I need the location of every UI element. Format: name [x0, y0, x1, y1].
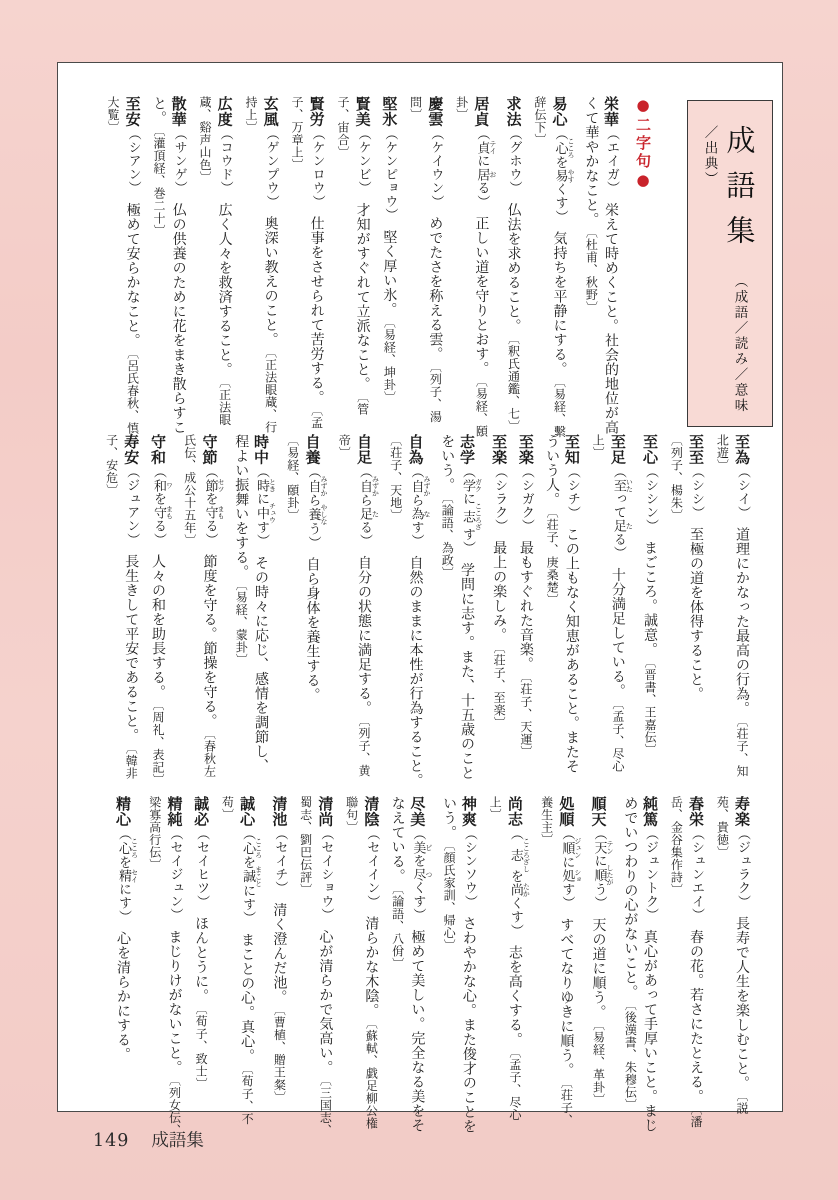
- idiom-meaning: めでたさを称える雲。: [427, 202, 443, 355]
- idiom-entry: 求法グホウ仏法を求めること。〔釈氏通鑑、七〕: [503, 96, 524, 438]
- idiom-reading: 学ガクに志こころざす: [460, 465, 475, 548]
- idiom-entry: 散華サンゲ仏の供養のために花をまき散らすこと。〔灌頂経、巻二十〕: [149, 96, 189, 438]
- idiom-reading: 節セツを守まもる: [202, 465, 217, 540]
- idiom-headword: 精純: [165, 796, 183, 827]
- idiom-reading: セイチ: [272, 827, 287, 888]
- idiom-meaning: 清く澄んだ池。: [271, 888, 287, 997]
- idiom-source: 〔杜甫、秋野〕: [584, 220, 598, 314]
- idiom-headword: 誠心: [238, 796, 256, 827]
- idiom-meaning: 人々の和を助長する。: [150, 540, 166, 693]
- idiom-headword: 寿安: [122, 434, 140, 465]
- idiom-meaning: まことの心。真心。: [239, 918, 255, 1056]
- idiom-entry: 志学学ガクに志こころざす学問に志す。また、十五歳のことをいう。〔論語、為政〕: [437, 434, 483, 786]
- idiom-source: 〔荘子、天運〕: [519, 664, 533, 758]
- idiom-headword: 居貞: [472, 96, 490, 127]
- idiom-headword: 守和: [149, 434, 167, 465]
- idiom-reading: シイ: [735, 465, 750, 513]
- idiom-meaning: まごころ。誠意。: [642, 526, 658, 650]
- idiom-headword: 至知: [563, 434, 581, 465]
- idiom-entry: 誠心心こころを誠まことにすまことの心。真心。〔荀子、不苟〕: [217, 796, 263, 1138]
- idiom-headword: 寿楽: [733, 796, 751, 827]
- idiom-reading: シラク: [492, 465, 507, 526]
- idiom-entry: 精心心こころを精セイにす心を清らかにする。: [112, 796, 138, 1138]
- idiom-meaning: まじりけがないこと。: [166, 915, 182, 1068]
- idiom-meaning: 堅く厚い氷。: [381, 215, 397, 310]
- idiom-source: 〔周礼、表記〕: [151, 692, 165, 786]
- idiom-headword: 時中: [252, 434, 270, 465]
- idiom-entry: 精純セイジュンまじりけがないこと。〔列女伝、梁寡高行伝〕: [144, 796, 184, 1138]
- idiom-meaning: 心が清らかで気高い。: [317, 915, 333, 1068]
- idiom-headword: 自養: [303, 434, 321, 465]
- idiom-entry: 寿楽ジュラク長寿で人生を楽しむこと。〔説苑、貴徳〕: [712, 796, 752, 1138]
- idiom-reading: 志こころざしを尚たかくす: [508, 827, 523, 931]
- idiom-reading: シシ: [689, 465, 704, 513]
- page-title: 成語集: [723, 125, 757, 260]
- idiom-reading: 自みずから足たる: [357, 465, 372, 541]
- idiom-meaning: 最上の楽しみ。: [491, 526, 507, 635]
- idiom-reading: 自みずから養やしなう: [305, 465, 320, 543]
- idiom-entry: 寿安ジュアン長生きして平安であること。〔韓非子、安危〕: [101, 434, 141, 786]
- idiom-reading: セイヒツ: [194, 827, 209, 902]
- idiom-reading: 心こころを精セイにす: [116, 827, 131, 917]
- idiom-headword: 賢美: [354, 96, 372, 127]
- idiom-meaning: 才知がすぐれて立派なこと。: [355, 188, 371, 384]
- idiom-meaning: 志を高くする。: [507, 931, 523, 1040]
- idiom-source: 〔後漢書、朱穆伝〕: [623, 992, 637, 1111]
- idiom-entry: 至至シシ至極の道を体得すること。〔列子、楊朱〕: [666, 434, 706, 786]
- idiom-entry: 至知シチこの上もなく知恵があること。またそういう人。〔荘子、庚桑楚〕: [542, 434, 582, 786]
- idiom-entry: 尚志志こころざしを尚たかくす志を高くする。〔孟子、尽心上〕: [485, 796, 531, 1138]
- idiom-headword: 至楽: [517, 434, 535, 465]
- idiom-reading: 至いたって足たる: [611, 465, 626, 553]
- idiom-headword: 自為: [406, 434, 424, 465]
- idiom-headword: 堅氷: [380, 96, 398, 127]
- idiom-reading: 自みずから為なす: [408, 465, 423, 541]
- idiom-meaning: 春の花。若さにたとえる。: [688, 915, 704, 1097]
- page-footer: 149成語集: [93, 1127, 204, 1152]
- idiom-meaning: 清らかな木陰。: [363, 902, 379, 1011]
- idiom-meaning: 広く人々を救済すること。: [217, 188, 233, 370]
- idiom-entry: 誠必セイヒツほんとうに。〔荀子、致士〕: [190, 796, 211, 1138]
- idiom-meaning: 奥深い教えのこと。: [263, 202, 279, 340]
- idiom-entry: 清尚セイショウ心が清らかで気高い。〔三国志、蜀志、劉巴伝評〕: [295, 796, 335, 1138]
- idiom-headword: 純篤: [641, 796, 659, 827]
- idiom-reading: 天テンに順したがう: [592, 827, 607, 903]
- idiom-entry: 慶雲ケイウンめでたさを称える雲。〔列子、湯問〕: [405, 96, 445, 438]
- idiom-entry: 賢労ケンロウ仕事をさせられて苦労する。〔孟子、万章上〕: [287, 96, 327, 438]
- idiom-source: 〔灌頂経、巻二十〕: [152, 118, 166, 237]
- idiom-source: 〔釈氏通鑑、七〕: [507, 326, 521, 433]
- idiom-source: 〔顔氏家訓、帰心〕: [442, 833, 456, 952]
- idiom-entry: 至足至いたって足たる十分満足している。〔孟子、尽心上〕: [588, 434, 634, 786]
- idiom-source: 〔論語、八佾〕: [391, 876, 405, 970]
- idiom-meaning: 仏法を求めること。: [506, 188, 522, 326]
- idiom-meaning: 至極の道を体得すること。: [688, 513, 704, 695]
- idiom-reading: セイイン: [364, 827, 379, 902]
- idiom-meaning: 最もすぐれた音楽。: [518, 526, 534, 664]
- idiom-reading: ジュアン: [124, 465, 139, 540]
- idiom-entry: 尽美美ビを尽つくす極めて美しい。完全なる美をそなえている。〔論語、八佾〕: [387, 796, 433, 1138]
- idiom-headword: 順天: [590, 796, 608, 827]
- idiom-headword: 至心: [641, 434, 659, 465]
- idiom-headword: 至楽: [490, 434, 508, 465]
- idiom-entry: 自養自みずから養やしなう自ら身体を養生する。〔易経、頤卦〕: [282, 434, 328, 786]
- idiom-reading: 心こころを誠まことにす: [240, 827, 255, 918]
- idiom-entry: 春栄シュンエイ春の花。若さにたとえる。〔潘岳、金谷集作詩〕: [666, 796, 706, 1138]
- idiom-reading: シチ: [565, 465, 580, 513]
- idiom-reading: ケンピョウ: [382, 127, 397, 215]
- idiom-section-top: ●二字句● 栄華エイガ栄えて時めくこと。社会的地位が高くて華やかなこと。〔杜甫、…: [86, 96, 654, 438]
- idiom-entry: 純篤ジュントク真心があって手厚いこと。まじめでいつわりの心がないこと。〔後漢書、…: [620, 796, 660, 1138]
- idiom-meaning: すべてなりゆきに順う。: [558, 903, 574, 1070]
- idiom-entry: 処順順ジュンに処ショすすべてなりゆきに順う。〔荘子、養生主〕: [536, 796, 582, 1138]
- idiom-source: 〔荘子、至楽〕: [492, 635, 506, 729]
- idiom-meaning: 心を清らかにする。: [115, 917, 131, 1062]
- idiom-headword: 至安: [124, 96, 142, 127]
- idiom-reading: セイジュン: [167, 827, 182, 915]
- idiom-meaning: 十分満足している。: [610, 553, 626, 691]
- idiom-meaning: 道理にかなった最高の行為。: [734, 513, 750, 709]
- idiom-source: 〔荀子、致士〕: [194, 996, 208, 1090]
- idiom-headword: 誠必: [192, 796, 210, 827]
- idiom-reading: 貞テイに居おる: [474, 127, 489, 202]
- idiom-entry: 広度コウド広く人々を救済すること。〔正法眼蔵、谿声山色〕: [195, 96, 235, 438]
- idiom-reading: セイショウ: [318, 827, 333, 915]
- idiom-entry: 守節節セツを守まもる節度を守る。節操を守る。〔春秋左氏伝、成公十五年〕: [179, 434, 225, 786]
- idiom-headword: 至至: [687, 434, 705, 465]
- idiom-source: 〔易経、革卦〕: [592, 1012, 606, 1106]
- idiom-meaning: 節度を守る。節操を守る。: [201, 540, 217, 722]
- idiom-reading: ゲンプウ: [264, 127, 279, 202]
- idiom-reading: グホウ: [507, 127, 522, 188]
- idiom-reading: ケンビ: [356, 127, 371, 188]
- idiom-reading: 順ジュンに処ショす: [559, 827, 574, 903]
- idiom-headword: 至為: [733, 434, 751, 465]
- idiom-headword: 清池: [270, 796, 288, 827]
- idiom-source: 〔荘子、庚桑楚〕: [545, 500, 559, 607]
- idiom-reading: エイガ: [604, 127, 619, 188]
- idiom-entry: 守和和ワを守まもる人々の和を助長する。〔周礼、表記〕: [147, 434, 173, 786]
- page-frame: 成語集（成語／読み／意味／出典） ●二字句● 栄華エイガ栄えて時めくこと。社会的…: [57, 62, 783, 1112]
- idiom-reading: シガク: [519, 465, 534, 526]
- idiom-entry: 易心心こころを易やすくす気持ちを平静にする。〔易経、繫辞伝下〕: [530, 96, 576, 438]
- idiom-reading: 時ときに中チュウす: [254, 465, 269, 541]
- idiom-entry: 清陰セイイン清らかな木陰。〔蘇軾、戯足柳公権聯句〕: [341, 796, 381, 1138]
- idiom-reading: サンゲ: [172, 127, 187, 188]
- idiom-meaning: 自分の状態に満足する。: [356, 541, 372, 708]
- idiom-entry: 賢美ケンビ才知がすぐれて立派なこと。〔管子、宙合〕: [333, 96, 373, 438]
- idiom-headword: 春栄: [687, 796, 705, 827]
- idiom-reading: 美ビを尽つくす: [410, 827, 425, 915]
- idiom-headword: 自足: [355, 434, 373, 465]
- idiom-headword: 志学: [458, 434, 476, 465]
- idiom-reading: シシン: [643, 465, 658, 526]
- idiom-reading: シュンエイ: [689, 827, 704, 915]
- idiom-reading: シアン: [126, 127, 141, 188]
- section-marker-niji-ku: ●二字句●: [633, 96, 654, 438]
- idiom-headword: 玄風: [262, 96, 280, 127]
- dictionary-page: { "title_box": { "title": "成語集", "subtit…: [0, 0, 838, 1200]
- idiom-headword: 易心: [551, 96, 569, 127]
- idiom-entry: 至楽シラク最上の楽しみ。〔荘子、至楽〕: [488, 434, 509, 786]
- idiom-headword: 至足: [609, 434, 627, 465]
- idiom-meaning: 自然のままに本性が行為すること。: [407, 541, 423, 781]
- idiom-reading: 和ワを守まもる: [151, 465, 166, 540]
- idiom-reading: シンソウ: [462, 827, 477, 902]
- idiom-headword: 散華: [170, 96, 188, 127]
- idiom-entry: 自為自みずから為なす自然のままに本性が行為すること。〔荘子、天地〕: [385, 434, 431, 786]
- idiom-entry: 至為シイ道理にかなった最高の行為。〔荘子、知北遊〕: [712, 434, 752, 786]
- idiom-meaning: 極めて安らかなこと。: [125, 188, 141, 341]
- idiom-reading: ジュントク: [643, 827, 658, 915]
- idiom-source: 〔易経、坤卦〕: [382, 310, 396, 404]
- idiom-entry: 神爽シンソウさわやかな心。また俊才のことをいう。〔顔氏家訓、帰心〕: [439, 796, 479, 1138]
- idiom-meaning: 気持ちを平静にする。: [552, 217, 568, 370]
- idiom-source: 〔曹植、贈王粲〕: [272, 997, 286, 1104]
- idiom-entry: 至安シアン極めて安らかなこと。〔呂氏春秋、慎大覧〕: [103, 96, 143, 438]
- idiom-headword: 栄華: [602, 96, 620, 127]
- idiom-reading: コウド: [218, 127, 233, 188]
- idiom-entry: 至心シシンまごころ。誠意。〔晋書、王嘉伝〕: [639, 434, 660, 786]
- idiom-headword: 求法: [505, 96, 523, 127]
- idiom-source: 〔論語、為政〕: [440, 485, 454, 579]
- idiom-headword: 尚志: [506, 796, 524, 827]
- idiom-meaning: ほんとうに。: [193, 902, 209, 997]
- page-number: 149: [93, 1131, 129, 1151]
- idiom-entry: 玄風ゲンプウ奥深い教えのこと。〔正法眼蔵、行持上〕: [241, 96, 281, 438]
- idiom-meaning: 天の道に順う。: [591, 903, 607, 1012]
- idiom-meaning: 自ら身体を養生する。: [304, 543, 320, 696]
- idiom-headword: 慶雲: [426, 96, 444, 127]
- idiom-entry: 至楽シガク最もすぐれた音楽。〔荘子、天運〕: [515, 434, 536, 786]
- idiom-headword: 広度: [216, 96, 234, 127]
- idiom-entry: 清池セイチ清く澄んだ池。〔曹植、贈王粲〕: [269, 796, 290, 1138]
- footer-title: 成語集: [151, 1131, 204, 1151]
- idiom-headword: 清陰: [362, 796, 380, 827]
- idiom-headword: 精心: [114, 796, 132, 827]
- title-text: 成語集（成語／読み／意味／出典）: [700, 101, 761, 426]
- idiom-headword: 処順: [557, 796, 575, 827]
- idiom-reading: ケンロウ: [310, 127, 325, 202]
- idiom-meaning: 長寿で人生を楽しむこと。: [734, 902, 750, 1084]
- idiom-reading: 心こころを易やすくす: [553, 127, 568, 217]
- idiom-reading: ジュラク: [735, 827, 750, 902]
- idiom-meaning: 長生きして平安であること。: [123, 540, 139, 736]
- idiom-headword: 清尚: [316, 796, 334, 827]
- idiom-source: 〔晋書、王嘉伝〕: [643, 650, 657, 757]
- idiom-entry: 栄華エイガ栄えて時めくこと。社会的地位が高くて華やかなこと。〔杜甫、秋野〕: [581, 96, 621, 438]
- idiom-headword: 賢労: [308, 96, 326, 127]
- idiom-entry: 時中時ときに中チュウすその時々に応じ、感情を調節し、程よい振舞いをする。〔易経、…: [231, 434, 277, 786]
- idiom-source: 〔易経、蒙卦〕: [234, 572, 248, 666]
- idiom-headword: 神爽: [460, 796, 478, 827]
- idiom-entry: 居貞貞テイに居おる正しい道を守りとおす。〔易経、頤卦〕: [451, 96, 497, 438]
- idiom-meaning: 正しい道を守りとおす。: [473, 202, 489, 369]
- idiom-headword: 守節: [200, 434, 218, 465]
- idiom-section-bottom: 寿楽ジュラク長寿で人生を楽しむこと。〔説苑、貴徳〕春栄シュンエイ春の花。若さにた…: [86, 796, 752, 1138]
- title-box: 成語集（成語／読み／意味／出典）: [687, 100, 773, 427]
- idiom-headword: 尽美: [408, 796, 426, 827]
- idiom-entry: 自足自みずから足たる自分の状態に満足する。〔列子、黄帝〕: [334, 434, 380, 786]
- idiom-section-middle: 至為シイ道理にかなった最高の行為。〔荘子、知北遊〕至至シシ至極の道を体得すること…: [86, 434, 752, 786]
- idiom-meaning: 仕事をさせられて苦労する。: [309, 202, 325, 398]
- idiom-entry: 順天天テンに順したがう天の道に順う。〔易経、革卦〕: [588, 796, 614, 1138]
- idiom-reading: ケイウン: [428, 127, 443, 202]
- idiom-entry: 堅氷ケンピョウ堅く厚い氷。〔易経、坤卦〕: [379, 96, 400, 438]
